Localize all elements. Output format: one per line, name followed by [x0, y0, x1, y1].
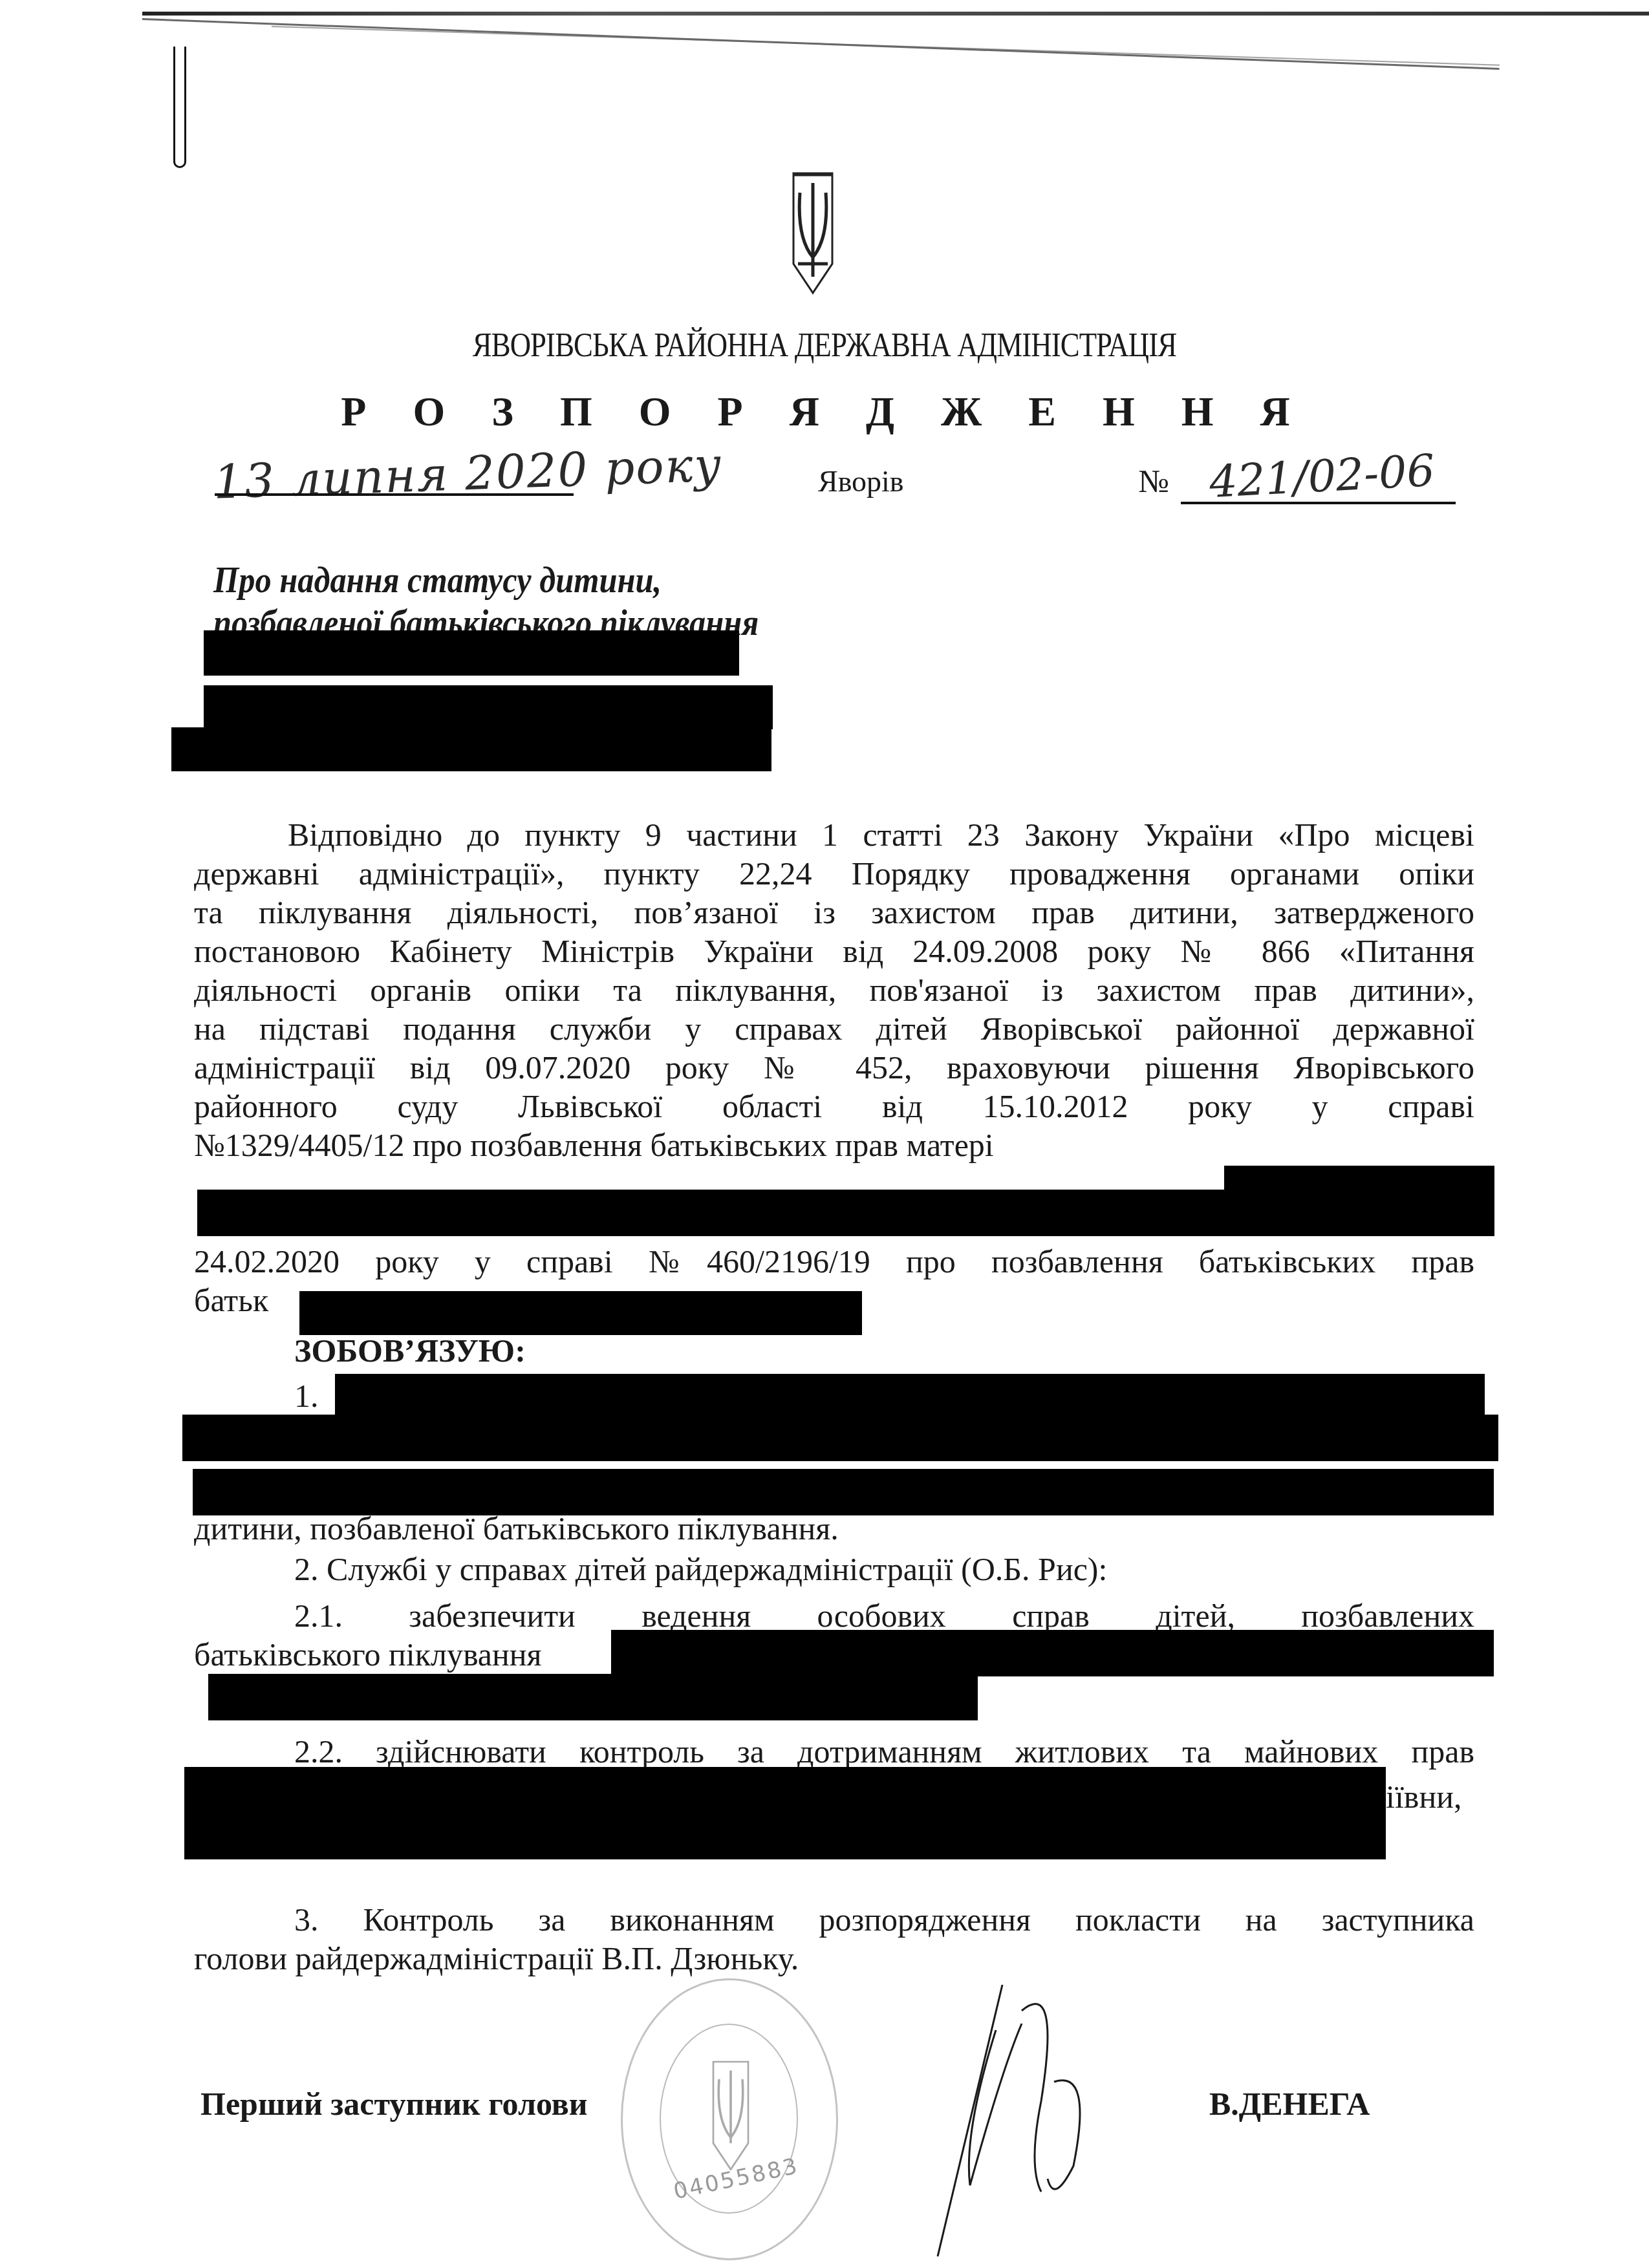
- scan-fold-line: [272, 26, 1500, 66]
- body-line: іївни,: [1386, 1778, 1461, 1815]
- body-line: Відповідно до пункту 9 частини 1 статті …: [194, 816, 1474, 853]
- document-number: 421/02-06: [1208, 445, 1436, 508]
- redaction-block: [204, 630, 739, 676]
- obligate-heading: ЗОБОВ’ЯЗУЮ:: [294, 1332, 526, 1369]
- redaction-block: [197, 1190, 1494, 1236]
- body-line: дитини, позбавленої батьківського піклув…: [194, 1510, 839, 1547]
- document-date: 13 липня 2020 року: [213, 437, 724, 509]
- body-line: №1329/4405/12 про позбавлення батьківськ…: [194, 1126, 994, 1164]
- body-line: адміністрації від 09.07.2020 року № 452,…: [194, 1049, 1474, 1086]
- body-line: на підставі подання служби у справах діт…: [194, 1010, 1474, 1047]
- body-line: 3. Контроль за виконанням розпорядження …: [294, 1901, 1474, 1938]
- body-line: батьк: [194, 1281, 268, 1319]
- redaction-block: [184, 1767, 1386, 1859]
- item-number: 1.: [294, 1377, 319, 1415]
- number-label: №: [1138, 462, 1169, 500]
- document-type: Р О З П О Р Я Д Ж Е Н Н Я: [0, 388, 1649, 436]
- document-place: Яворів: [818, 464, 904, 498]
- subject-line: Про надання статусу дитини,: [213, 559, 759, 602]
- body-line: 2. Службі у справах дітей райдержадмініс…: [294, 1550, 1107, 1588]
- body-line: та піклування діяльності, пов’язаної із …: [194, 893, 1474, 931]
- body-line: голови райдержадміністрації В.П. Дзюньку…: [194, 1940, 799, 1977]
- redaction-block: [299, 1291, 862, 1335]
- signatory-name: В.ДЕНЕГА: [1209, 2085, 1370, 2123]
- body-line: постановою Кабінету Міністрів України ві…: [194, 932, 1474, 970]
- ukraine-trident-emblem-icon: [790, 167, 835, 296]
- redaction-block: [204, 685, 773, 729]
- redaction-block: [611, 1630, 1494, 1676]
- stamp-trident-icon: [702, 2056, 760, 2172]
- redaction-block: [182, 1415, 1498, 1461]
- signatory-position: Перший заступник голови: [200, 2085, 588, 2123]
- redaction-block: [171, 727, 771, 771]
- redaction-block: [193, 1469, 1494, 1515]
- body-line: 24.02.2020 року у справі №460/2196/19 пр…: [194, 1243, 1474, 1280]
- body-line: районного суду Львівської області від 15…: [194, 1087, 1474, 1125]
- body-line: державні адміністрації», пункту 22,24 По…: [194, 855, 1474, 892]
- redaction-block: [208, 1674, 978, 1720]
- organization-name: ЯВОРІВСЬКА РАЙОННА ДЕРЖАВНА АДМІНІСТРАЦІ…: [116, 326, 1534, 365]
- paper-clip-icon: [173, 47, 186, 168]
- date-underline: [215, 493, 574, 496]
- scan-edge: [142, 12, 1649, 16]
- handwritten-signature: [925, 1972, 1119, 2268]
- redaction-block: [335, 1374, 1485, 1416]
- body-line: 2.2. здійснювати контроль за дотриманням…: [294, 1733, 1474, 1770]
- number-underline: [1181, 502, 1456, 504]
- body-line: 2.1. забезпечити ведення особових справ …: [294, 1597, 1474, 1634]
- body-line: діяльності органів опіки та піклування, …: [194, 971, 1474, 1009]
- body-line: батьківського піклування: [194, 1636, 542, 1673]
